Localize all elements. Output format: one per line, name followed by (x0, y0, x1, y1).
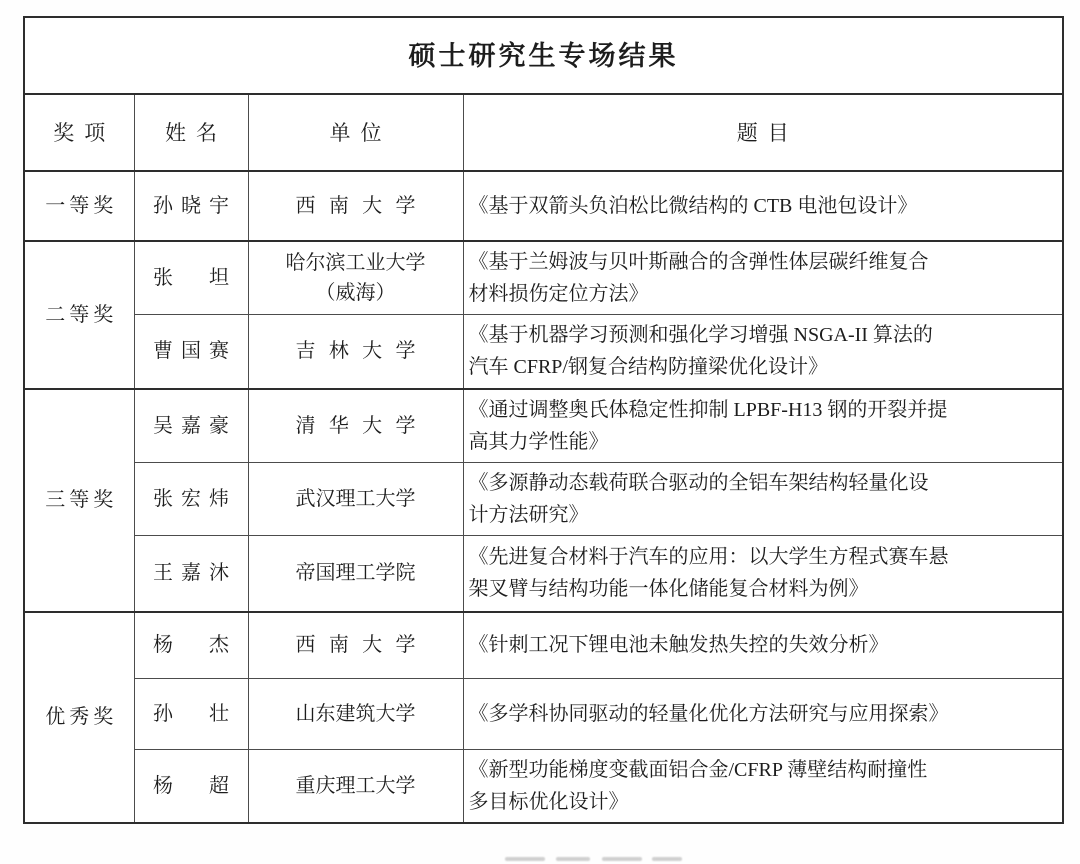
name-cell: 杨超 (134, 749, 248, 823)
title-cell: 《针刺工况下锂电池未触发热失控的失效分析》 (463, 612, 1063, 678)
table-title-row: 硕士研究生专场结果 (24, 17, 1063, 94)
unit-cell: 清华大学 (248, 389, 463, 463)
column-header-title: 题目 (463, 94, 1063, 171)
title-cell: 《通过调整奥氏体稳定性抑制 LPBF-H13 钢的开裂并提 高其力学性能》 (463, 389, 1063, 463)
name-cell: 孙壮 (134, 678, 248, 749)
results-table: 硕士研究生专场结果 奖项 姓名 单位 题目 一等奖孙晓宇西南大学《基于双箭头负泊… (23, 16, 1064, 824)
unit-cell: 帝国理工学院 (248, 535, 463, 612)
table-row: 曹国赛吉林大学《基于机器学习预测和强化学习增强 NSGA-II 算法的 汽车 C… (24, 315, 1063, 389)
table-row: 一等奖孙晓宇西南大学《基于双箭头负泊松比微结构的 CTB 电池包设计》 (24, 171, 1063, 241)
table-row: 王嘉沐帝国理工学院《先进复合材料于汽车的应用：以大学生方程式赛车悬 架叉臂与结构… (24, 535, 1063, 612)
unit-cell: 吉林大学 (248, 315, 463, 389)
unit-cell: 山东建筑大学 (248, 678, 463, 749)
unit-cell: 西南大学 (248, 171, 463, 241)
name-cell: 张宏炜 (134, 462, 248, 535)
column-header-unit: 单位 (248, 94, 463, 171)
page-title: 硕士研究生专场结果 (24, 17, 1063, 94)
document-page: 硕士研究生专场结果 奖项 姓名 单位 题目 一等奖孙晓宇西南大学《基于双箭头负泊… (0, 0, 1080, 864)
award-cell: 二等奖 (24, 241, 134, 389)
unit-cell: 哈尔滨工业大学 （威海） (248, 241, 463, 315)
table-row: 二等奖张坦哈尔滨工业大学 （威海）《基于兰姆波与贝叶斯融合的含弹性体层碳纤维复合… (24, 241, 1063, 315)
title-cell: 《多学科协同驱动的轻量化优化方法研究与应用探索》 (463, 678, 1063, 749)
table-row: 三等奖吴嘉豪清华大学《通过调整奥氏体稳定性抑制 LPBF-H13 钢的开裂并提 … (24, 389, 1063, 463)
award-cell: 优秀奖 (24, 612, 134, 823)
name-cell: 吴嘉豪 (134, 389, 248, 463)
title-cell: 《基于双箭头负泊松比微结构的 CTB 电池包设计》 (463, 171, 1063, 241)
name-cell: 曹国赛 (134, 315, 248, 389)
name-cell: 孙晓宇 (134, 171, 248, 241)
cutoff-next-page-text (0, 857, 1080, 864)
table-row: 优秀奖杨杰西南大学《针刺工况下锂电池未触发热失控的失效分析》 (24, 612, 1063, 678)
award-cell: 一等奖 (24, 171, 134, 241)
title-cell: 《新型功能梯度变截面铝合金/CFRP 薄壁结构耐撞性 多目标优化设计》 (463, 749, 1063, 823)
table-header-row: 奖项 姓名 单位 题目 (24, 94, 1063, 171)
title-cell: 《多源静动态载荷联合驱动的全铝车架结构轻量化设 计方法研究》 (463, 462, 1063, 535)
table-row: 孙壮山东建筑大学《多学科协同驱动的轻量化优化方法研究与应用探索》 (24, 678, 1063, 749)
award-cell: 三等奖 (24, 389, 134, 613)
results-table-head: 硕士研究生专场结果 奖项 姓名 单位 题目 (24, 17, 1063, 171)
unit-cell: 重庆理工大学 (248, 749, 463, 823)
name-cell: 王嘉沐 (134, 535, 248, 612)
title-cell: 《基于兰姆波与贝叶斯融合的含弹性体层碳纤维复合 材料损伤定位方法》 (463, 241, 1063, 315)
name-cell: 张坦 (134, 241, 248, 315)
title-cell: 《先进复合材料于汽车的应用：以大学生方程式赛车悬 架叉臂与结构功能一体化储能复合… (463, 535, 1063, 612)
column-header-name: 姓名 (134, 94, 248, 171)
name-cell: 杨杰 (134, 612, 248, 678)
table-row: 杨超重庆理工大学《新型功能梯度变截面铝合金/CFRP 薄壁结构耐撞性 多目标优化… (24, 749, 1063, 823)
title-cell: 《基于机器学习预测和强化学习增强 NSGA-II 算法的 汽车 CFRP/钢复合… (463, 315, 1063, 389)
results-table-body: 一等奖孙晓宇西南大学《基于双箭头负泊松比微结构的 CTB 电池包设计》二等奖张坦… (24, 171, 1063, 823)
column-header-award: 奖项 (24, 94, 134, 171)
table-row: 张宏炜武汉理工大学《多源静动态载荷联合驱动的全铝车架结构轻量化设 计方法研究》 (24, 462, 1063, 535)
unit-cell: 武汉理工大学 (248, 462, 463, 535)
unit-cell: 西南大学 (248, 612, 463, 678)
